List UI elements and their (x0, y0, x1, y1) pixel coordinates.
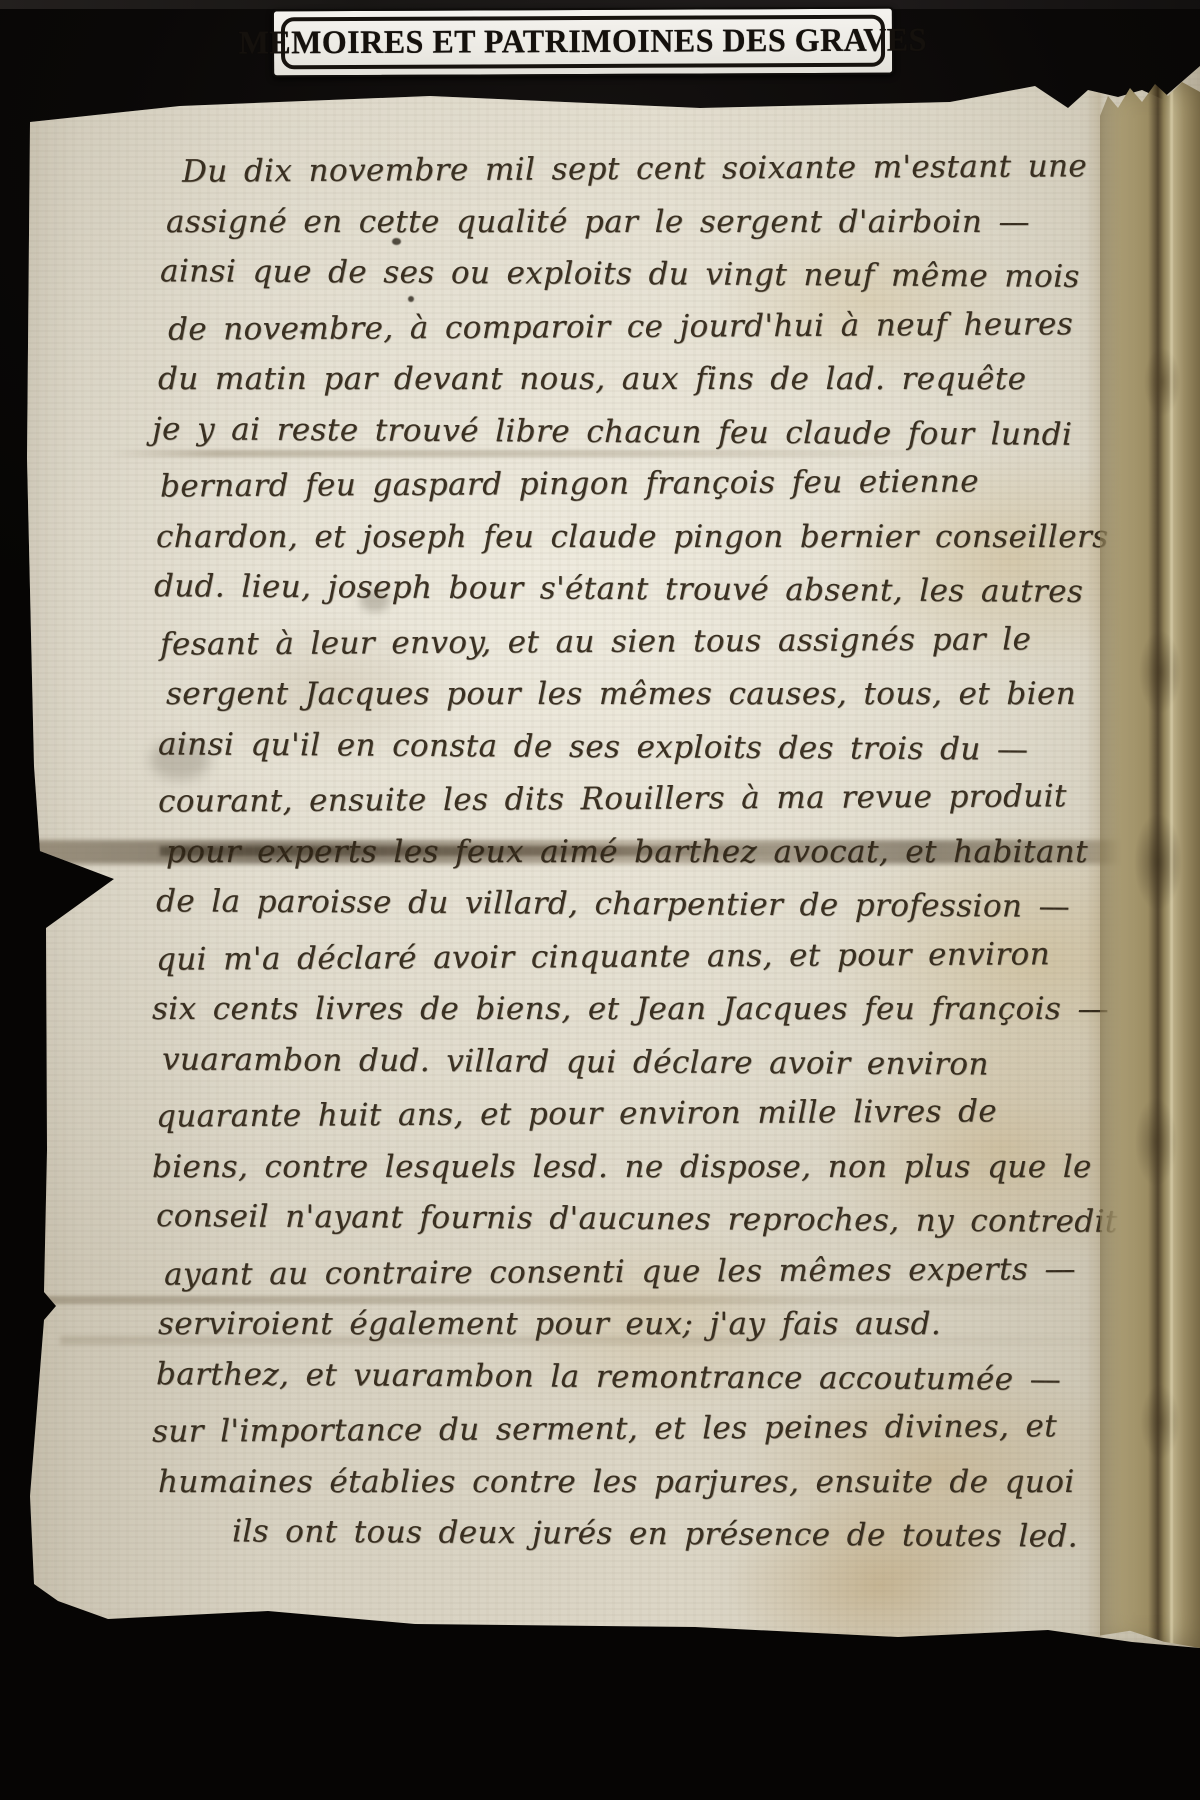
vertical-fold-shading (1086, 90, 1102, 1640)
manuscript-line: serviroient également pour eux; j'ay fai… (158, 1307, 941, 1341)
manuscript-line: fesant à leur envoy, et au sien tous ass… (160, 622, 1032, 661)
manuscript-line: sergent Jacques pour les mêmes causes, t… (166, 677, 1076, 711)
manuscript-line: dud. lieu, joseph bour s'étant trouvé ab… (154, 569, 1083, 609)
manuscript-line: Du dix novembre mil sept cent soixante m… (182, 149, 1087, 189)
manuscript-line: biens, contre lesquels lesd. ne dispose,… (152, 1150, 1092, 1184)
manuscript-page: Du dix novembre mil sept cent soixante m… (0, 0, 1200, 1700)
binding-fold-strip (1100, 82, 1200, 1648)
manuscript-line: ainsi que de ses ou exploits du vingt ne… (160, 254, 1080, 294)
manuscript-line: conseil n'ayant fournis d'aucunes reproc… (156, 1199, 1118, 1239)
manuscript-line: qui m'a déclaré avoir cinquante ans, et … (156, 937, 1050, 976)
photograph-of-manuscript: Du dix novembre mil sept cent soixante m… (0, 0, 1200, 1800)
manuscript-line: ayant au contraire consenti que les même… (164, 1252, 1076, 1292)
manuscript-line: sur l'importance du serment, et les pein… (152, 1409, 1057, 1449)
manuscript-line: humaines établies contre les parjures, e… (158, 1465, 1075, 1499)
manuscript-line: du matin par devant nous, aux fins de la… (158, 362, 1026, 396)
manuscript-line: bernard feu gaspard pingon françois feu … (160, 464, 979, 503)
archive-banner: MEMOIRES ET PATRIMOINES DES GRAVES (272, 7, 894, 78)
manuscript-line: six cents livres de biens, et Jean Jacqu… (152, 992, 1109, 1026)
manuscript-line: chardon, et joseph feu claude pingon ber… (156, 520, 1109, 554)
banner-title: MEMOIRES ET PATRIMOINES DES GRAVES (239, 22, 927, 62)
manuscript-line: assigné en cette qualité par le sergent … (166, 205, 1030, 239)
manuscript-line: de la paroisse du villard, charpentier d… (156, 884, 1070, 924)
manuscript-line: quarante huit ans, et pour environ mille… (156, 1094, 997, 1133)
manuscript-line: vuarambon dud. villard qui déclare avoir… (162, 1042, 989, 1081)
binding-seam (1170, 82, 1173, 1648)
manuscript-line: ainsi qu'il en consta de ses exploits de… (158, 727, 1029, 766)
manuscript-line: je y ai reste trouvé libre chacun feu cl… (152, 412, 1072, 452)
manuscript-line: ils ont tous deux jurés en présence de t… (232, 1514, 1078, 1553)
manuscript-line: de novembre, à comparoir ce jourd'hui à … (168, 307, 1073, 347)
manuscript-line: barthez, et vuarambon la remontrance acc… (156, 1357, 1061, 1397)
fold-crease-lower (40, 1296, 1140, 1304)
manuscript-line: courant, ensuite les dits Rouillers à ma… (158, 779, 1067, 819)
banner-frame: MEMOIRES ET PATRIMOINES DES GRAVES (281, 15, 885, 70)
manuscript-line: pour experts les feux aimé barthez avoca… (166, 835, 1088, 869)
ink-speck (408, 296, 414, 302)
